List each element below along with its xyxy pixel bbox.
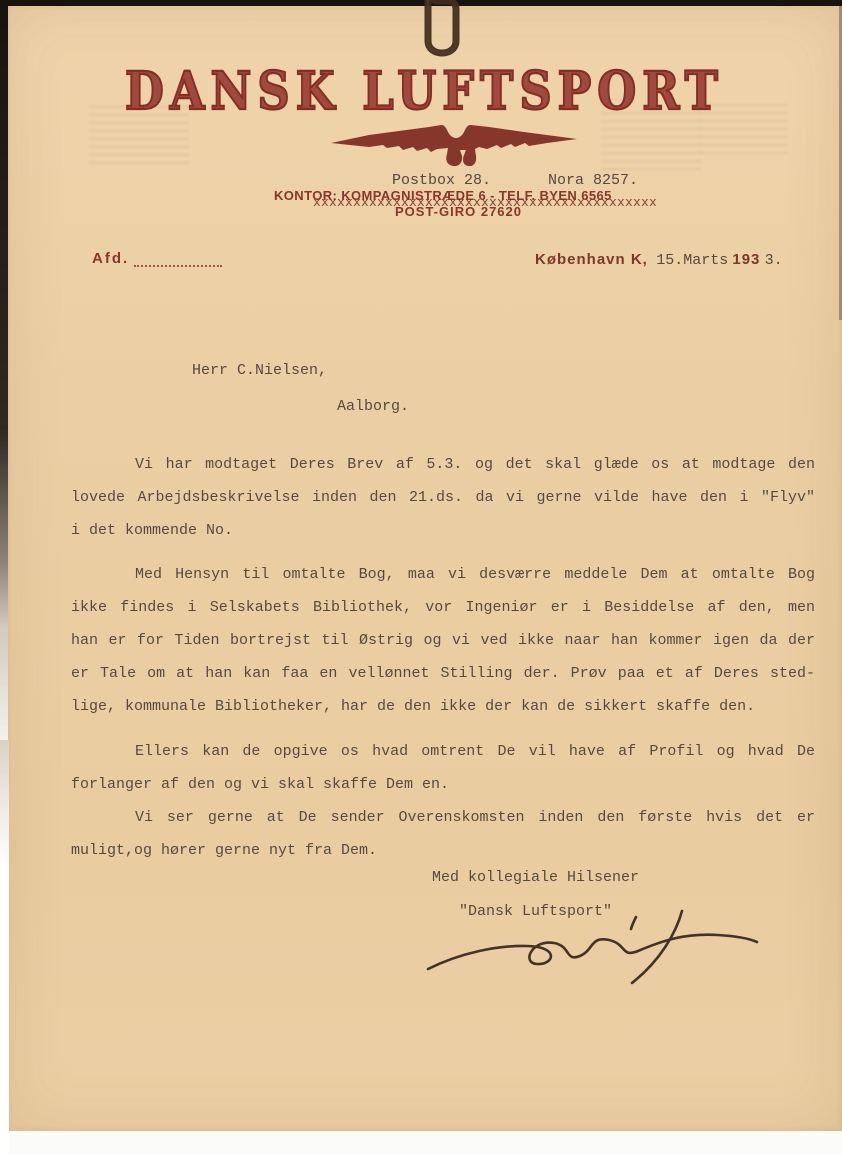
recipient-name: Herr C.Nielsen, xyxy=(192,361,327,381)
letter-line: lovede Arbejdsbeskrivelse inden den 21.d… xyxy=(71,488,815,508)
letter-line: i det kommende No. xyxy=(71,521,815,541)
letter-line: er Tale om at han kan faa en vellønnet S… xyxy=(71,664,815,684)
year-printed: 193 xyxy=(732,251,760,268)
letter-line: han er for Tiden bortrejst til Østrig og… xyxy=(71,631,815,651)
letter-line: Med Hensyn til omtalte Bog, maa vi desvæ… xyxy=(71,565,815,585)
scan-edge-left xyxy=(0,0,8,780)
scanned-letter-page: DANSK LUFTSPORT Postbox 28. Nora 8257. K… xyxy=(0,0,842,1155)
letter-line: Vi ser gerne at De sender Overenskomsten… xyxy=(71,808,815,828)
paper-sheet: DANSK LUFTSPORT Postbox 28. Nora 8257. K… xyxy=(7,5,842,1131)
closing-salutation: Med kollegiale Hilsener xyxy=(432,869,639,886)
year-typed: 3. xyxy=(765,252,783,269)
letter-line: muligt,og hører gerne nyt fra Dem. xyxy=(71,841,815,861)
letterhead-title: DANSK LUFTSPORT xyxy=(65,61,783,122)
recipient-city: Aalborg. xyxy=(337,397,409,417)
eagle-wings-icon xyxy=(329,116,579,172)
letter-line: forlanger af den og vi skal skaffe Dem e… xyxy=(71,775,815,795)
afd-dotted-line xyxy=(134,265,222,267)
letter-line: lige, kommunale Bibliotheker, har de den… xyxy=(71,697,815,717)
letter-line: ikke findes i Selskabets Bibliothek, vor… xyxy=(71,598,815,618)
dateline: København K, 15.Marts 193 3. xyxy=(535,251,783,269)
scan-edge-left-lower xyxy=(0,740,9,1155)
letter-line: Vi har modtaget Deres Brev af 5.3. og de… xyxy=(71,455,815,475)
postgiro-line: POST-GIRO 27620 xyxy=(395,204,522,219)
place-printed: København K, xyxy=(535,251,648,268)
date-typed: 15.Marts xyxy=(656,252,728,269)
handwritten-signature xyxy=(420,905,765,990)
paperclip-icon xyxy=(418,0,466,67)
letter-line: Ellers kan de opgive os hvad omtrent De … xyxy=(71,742,815,762)
afd-label: Afd. xyxy=(92,250,129,267)
